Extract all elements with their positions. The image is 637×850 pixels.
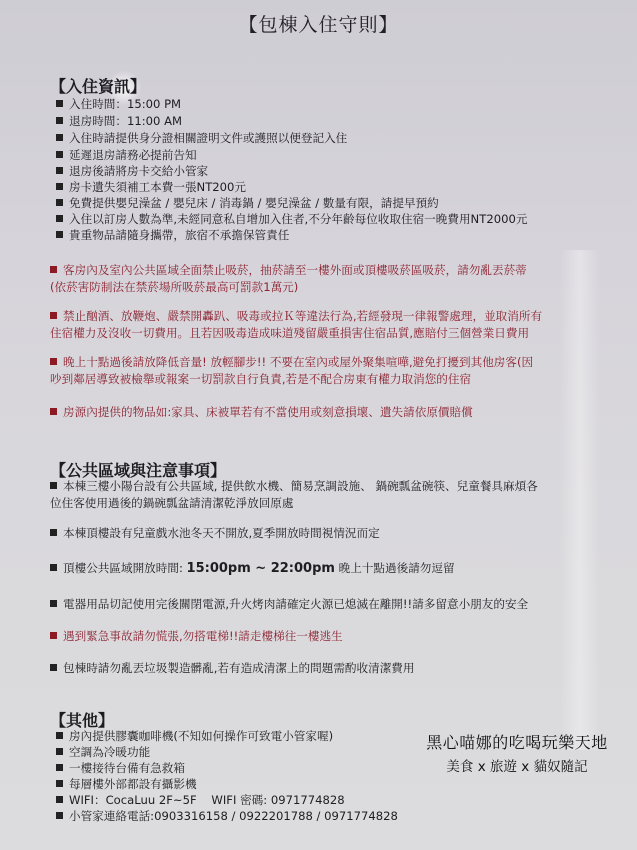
emergency-rule: 遇到緊急事故請勿慌張,勿搭電梯!!請走樓梯往一樓逃生	[50, 628, 343, 645]
list-item: 房內提供膠囊咖啡機(不知如何操作可致電小管家喔)	[56, 728, 333, 744]
square-bullet-icon	[50, 482, 57, 489]
square-bullet-icon	[50, 664, 57, 671]
list-item: 延遲退房請務必提前告知	[56, 147, 197, 163]
square-bullet-icon	[56, 215, 63, 222]
list-item: 入住以訂房人數為準,未經同意私自增加入住者,不分年齡每位收取住宿一晚費用NT20…	[56, 211, 527, 227]
square-bullet-icon	[56, 796, 63, 803]
square-bullet-icon	[56, 100, 63, 107]
list-item: 退房後請將房卡交給小管家	[56, 163, 208, 179]
square-bullet-icon	[56, 732, 63, 739]
square-bullet-icon	[56, 780, 63, 787]
light-glare	[560, 250, 600, 750]
square-bullet-icon	[56, 748, 63, 755]
list-item: 入住時間：15:00 PM	[56, 96, 181, 112]
list-item: 免費提供嬰兒澡盆 / 嬰兒床 / 消毒鍋 / 嬰兒澡盆 / 數量有限，請提早預約	[56, 195, 439, 211]
square-bullet-icon	[50, 408, 57, 415]
square-bullet-icon	[50, 529, 57, 536]
list-item: 房卡遺失須補工本費一張NT200元	[56, 179, 246, 195]
square-bullet-icon	[56, 167, 63, 174]
list-item: 每層樓外部都設有攝影機	[56, 776, 197, 792]
square-bullet-icon	[56, 117, 63, 124]
square-bullet-icon	[56, 199, 63, 206]
page-title: 【包棟入住守則】	[0, 10, 637, 37]
public-area-item: 電器用品切記使用完後關閉電源,升火烤肉請確定火源已熄滅在離開!!請多留意小朋友的…	[50, 596, 528, 613]
square-bullet-icon	[50, 564, 57, 571]
section-heading-checkin: 【入住資訊】	[50, 74, 146, 97]
public-area-hours: 頂樓公共區域開放時間: 15:00pm ~ 22:00pm 晚上十點過後請勿逗留	[50, 560, 455, 577]
public-area-item: 本棟頂樓設有兒童戲水池冬天不開放,夏季開放時間視情況而定	[50, 525, 380, 542]
list-item: 退房時間：11:00 AM	[56, 113, 182, 129]
list-item: 空調為冷暖功能	[56, 744, 150, 760]
square-bullet-icon	[50, 632, 57, 639]
square-bullet-icon	[56, 183, 63, 190]
square-bullet-icon	[56, 151, 63, 158]
rule-quiet-hours: 晚上十點過後請放降低音量! 放輕腳步!! 不要在室內或屋外聚集喧嘩,避免打擾到其…	[50, 354, 533, 388]
blog-watermark: 黑心喵娜的吃喝玩樂天地 美食 x 旅遊 x 貓奴隨記	[402, 730, 632, 775]
square-bullet-icon	[50, 600, 57, 607]
square-bullet-icon	[50, 266, 57, 273]
list-item: 貴重物品請隨身攜帶，旅宿不承擔保管責任	[56, 227, 289, 243]
square-bullet-icon	[56, 134, 63, 141]
rule-no-illegal-activity: 禁止酗酒、放鞭炮、嚴禁開轟趴、吸毒或拉Ｋ等違法行為,若經發現一律報警處理，並取消…	[50, 308, 542, 342]
public-area-item: 包棟時請勿亂丟垃圾製造髒亂,若有造成清潔上的問題需酌收清潔費用	[50, 660, 415, 677]
square-bullet-icon	[56, 764, 63, 771]
wifi-info: WIFI：CocaLuu 2F~5F WIFI 密碼: 0971774828	[56, 792, 345, 808]
rule-damage-compensation: 房源內提供的物品如:家具、床被單若有不當使用或刻意損壞、遺失請依原價賠償	[50, 404, 473, 421]
square-bullet-icon	[50, 358, 57, 365]
square-bullet-icon	[56, 231, 63, 238]
list-item: 一樓接待台備有急救箱	[56, 760, 185, 776]
rule-no-smoking: 客房內及室內公共區域全面禁止吸菸，抽菸請至一樓外面或頂樓吸菸區吸菸，請勿亂丟菸蒂…	[50, 262, 527, 296]
list-item: 入住時請提供身分證相關證明文件或護照以便登記入住	[56, 130, 347, 146]
contact-phones: 小管家連絡電話:0903316158 / 0922201788 / 097177…	[56, 808, 398, 824]
square-bullet-icon	[50, 312, 57, 319]
public-area-item: 本棟三樓小陽台設有公共區域, 提供飲水機、簡易烹調設施、 鍋碗瓢盆碗筷、兒童餐具…	[50, 478, 538, 512]
square-bullet-icon	[56, 812, 63, 819]
